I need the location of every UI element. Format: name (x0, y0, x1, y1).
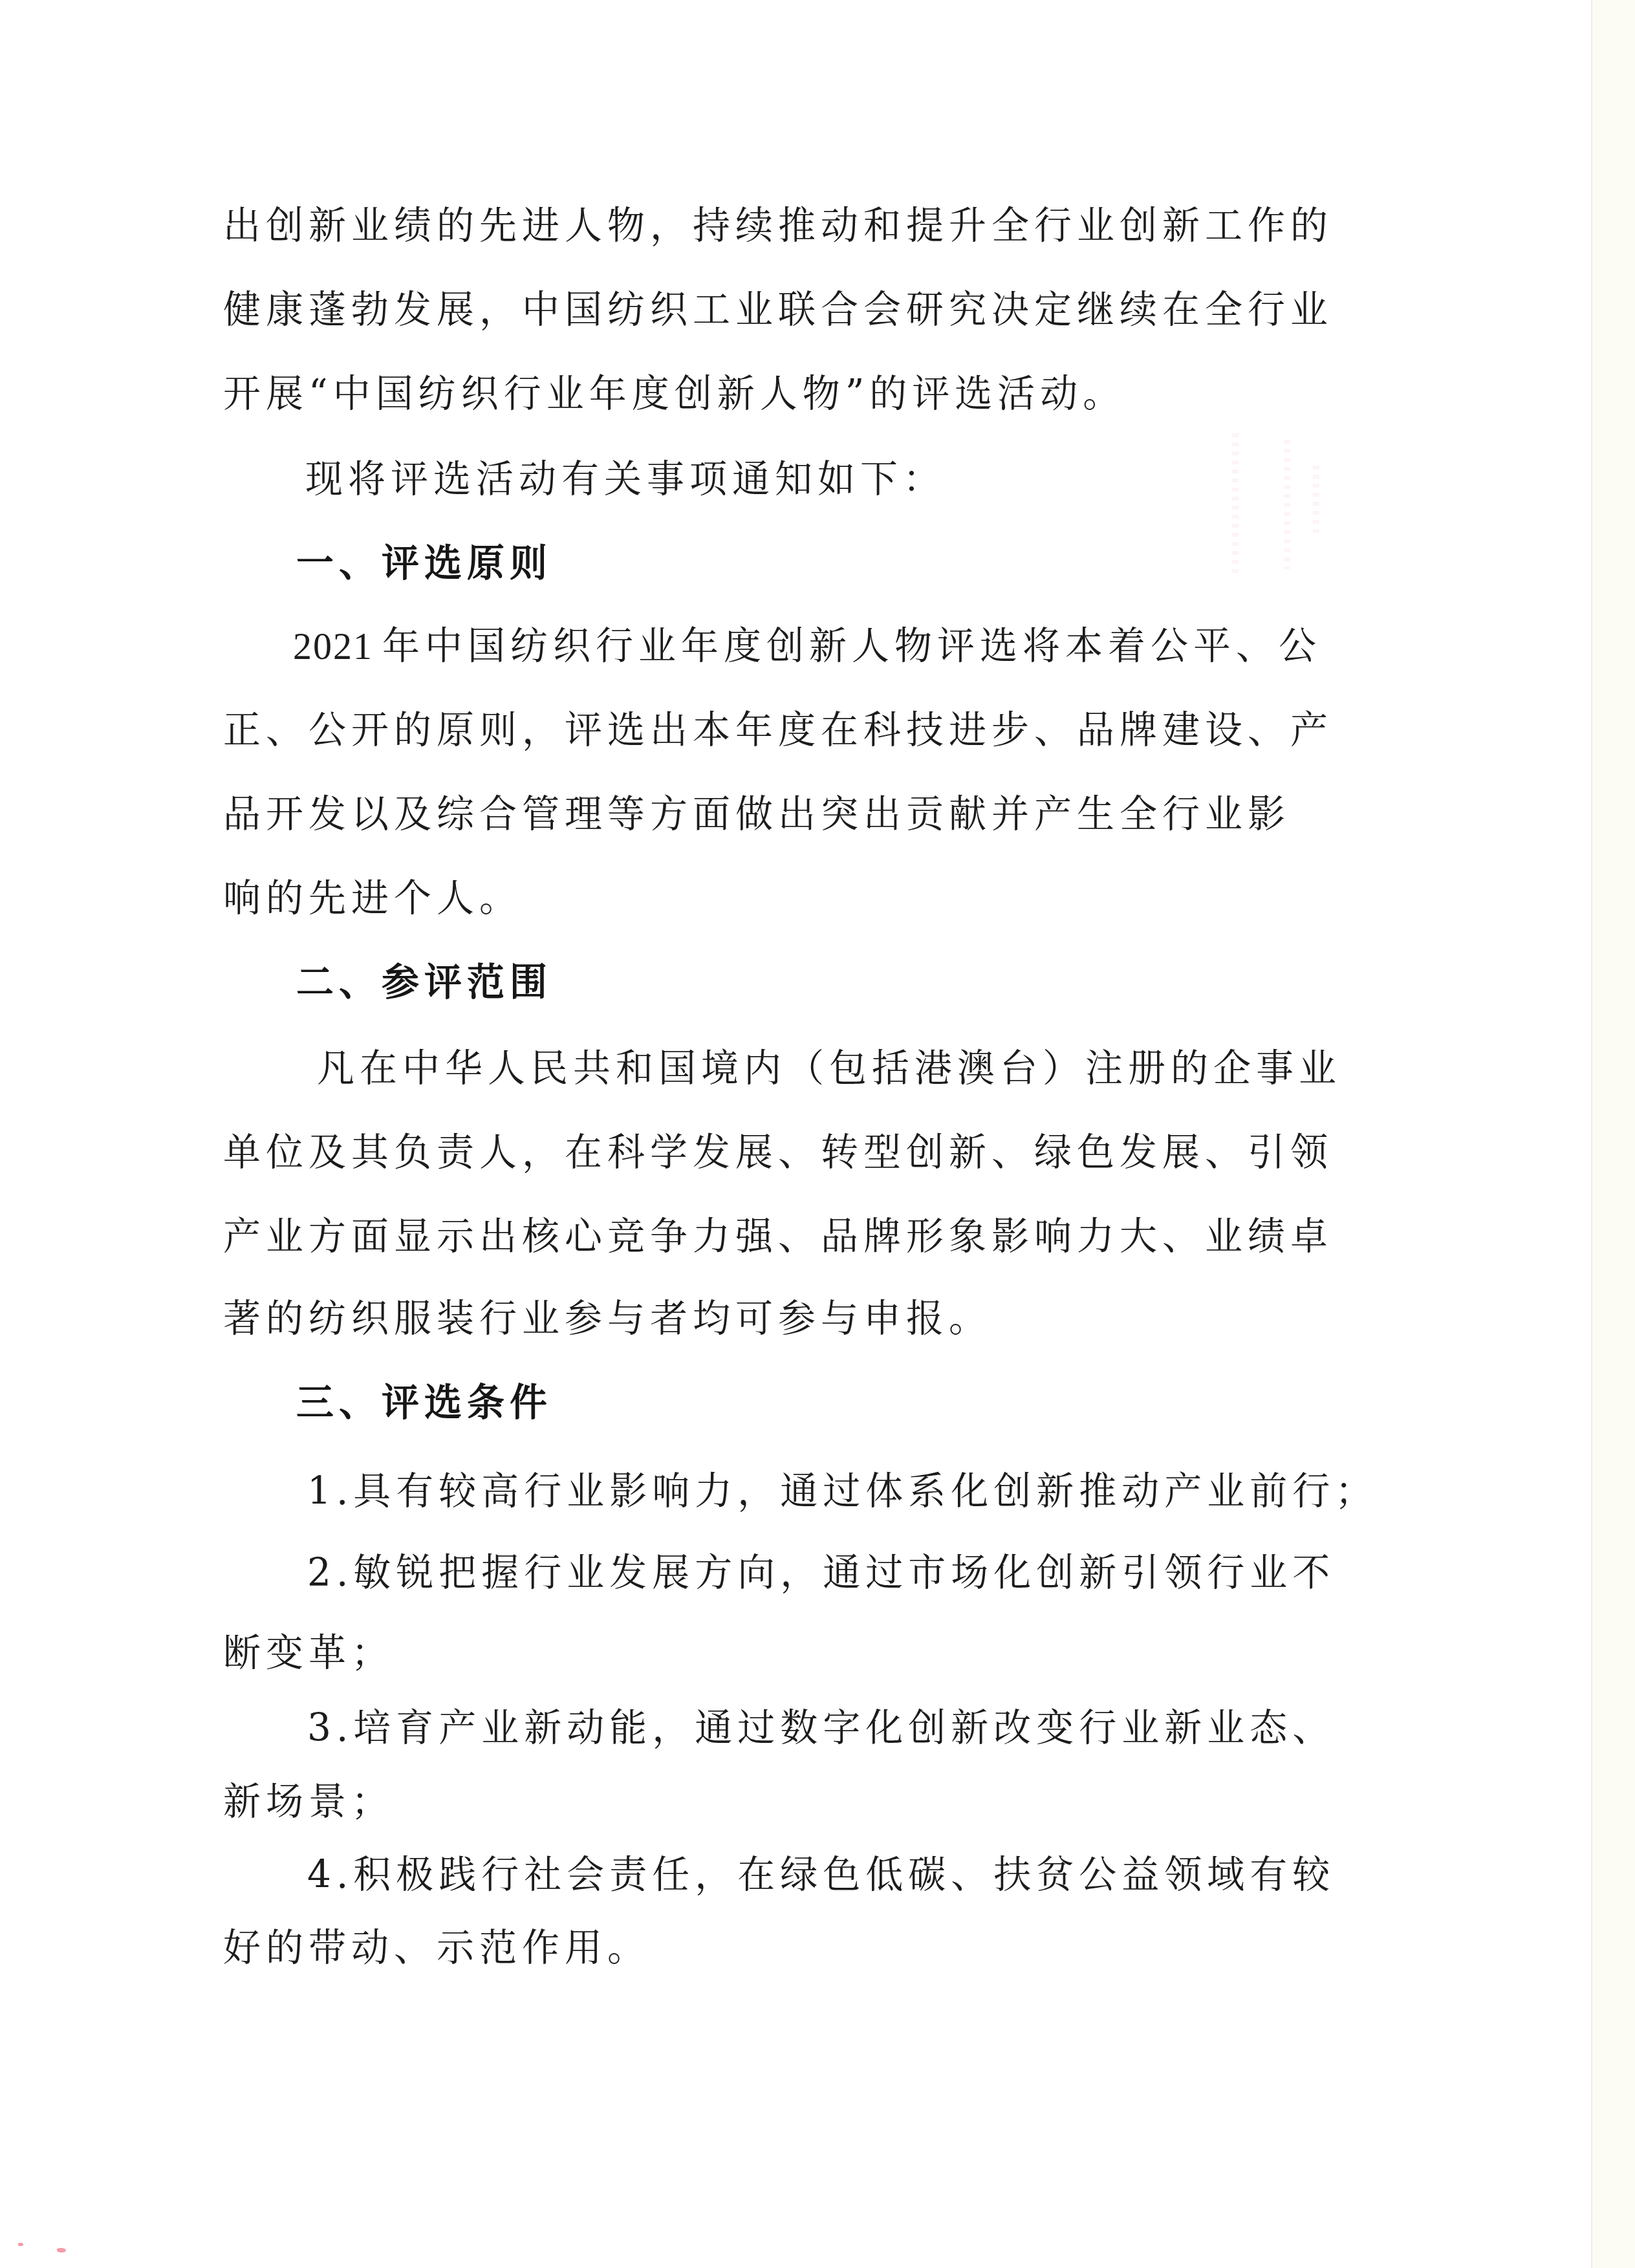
scan-bleed-artifact (1313, 466, 1319, 537)
section-principles-line: 正、公开的原则，评选出本年度在科技进步、品牌建设、产 (223, 706, 1333, 753)
document-page: 出创新业绩的先进人物，持续推动和提升全行业创新工作的 健康蓬勃发展，中国纺织工业… (0, 0, 1635, 2268)
section-scope-line: 凡在中华人民共和国境内（包括港澳台）注册的企事业 (317, 1044, 1341, 1092)
criteria-item-3: 3.培育产业新动能，通过数字化创新改变行业新业态、 (307, 1704, 1335, 1751)
scan-bleed-artifact (1232, 433, 1239, 576)
criteria-item-2: 2.敏锐把握行业发展方向，通过市场化创新引领行业不 (307, 1549, 1335, 1596)
section-heading-principles: 一、评选原则 (296, 539, 552, 587)
criteria-item-4: 4.积极践行社会责任，在绿色低碳、扶贫公益领域有较 (307, 1851, 1335, 1898)
section-scope-line: 著的纺织服装行业参与者均可参与申报。 (223, 1295, 991, 1342)
section-heading-scope: 二、参评范围 (296, 958, 552, 1006)
intro-line: 开展“中国纺织行业年度创新人物”的评选活动。 (223, 370, 1125, 417)
section-principles-line: 响的先进个人。 (223, 874, 522, 922)
section-principles-line: 2021年中国纺织行业年度创新人物评选将本着公平、公 (293, 622, 1321, 669)
section-principles-line: 品开发以及综合管理等方面做出突出贡献并产生全行业影 (223, 790, 1290, 837)
section-scope-line: 单位及其负责人，在科学发展、转型创新、绿色发展、引领 (223, 1129, 1333, 1176)
criteria-item-2-cont: 断变革； (223, 1629, 394, 1676)
section-heading-criteria: 三、评选条件 (296, 1379, 552, 1426)
section-principles-text: 年中国纺织行业年度创新人物评选将本着公平、公 (382, 623, 1321, 668)
seal-fragment (18, 2243, 23, 2246)
seal-fragment (57, 2248, 66, 2252)
page-edge-shadow (1591, 0, 1635, 2268)
criteria-item-1: 1.具有较高行业影响力，通过体系化创新推动产业前行； (307, 1467, 1378, 1515)
scan-bleed-artifact (1284, 440, 1290, 569)
intro-line: 健康蓬勃发展，中国纺织工业联合会研究决定继续在全行业 (223, 286, 1333, 333)
criteria-item-3-cont: 新场景； (223, 1778, 394, 1825)
section-scope-line: 产业方面显示出核心竞争力强、品牌形象影响力大、业绩卓 (223, 1213, 1333, 1260)
intro-line: 出创新业绩的先进人物，持续推动和提升全行业创新工作的 (223, 202, 1333, 249)
notice-line: 现将评选活动有关事项通知如下： (305, 455, 946, 502)
criteria-item-4-cont: 好的带动、示范作用。 (223, 1924, 650, 1971)
year-value: 2021 (293, 625, 373, 667)
